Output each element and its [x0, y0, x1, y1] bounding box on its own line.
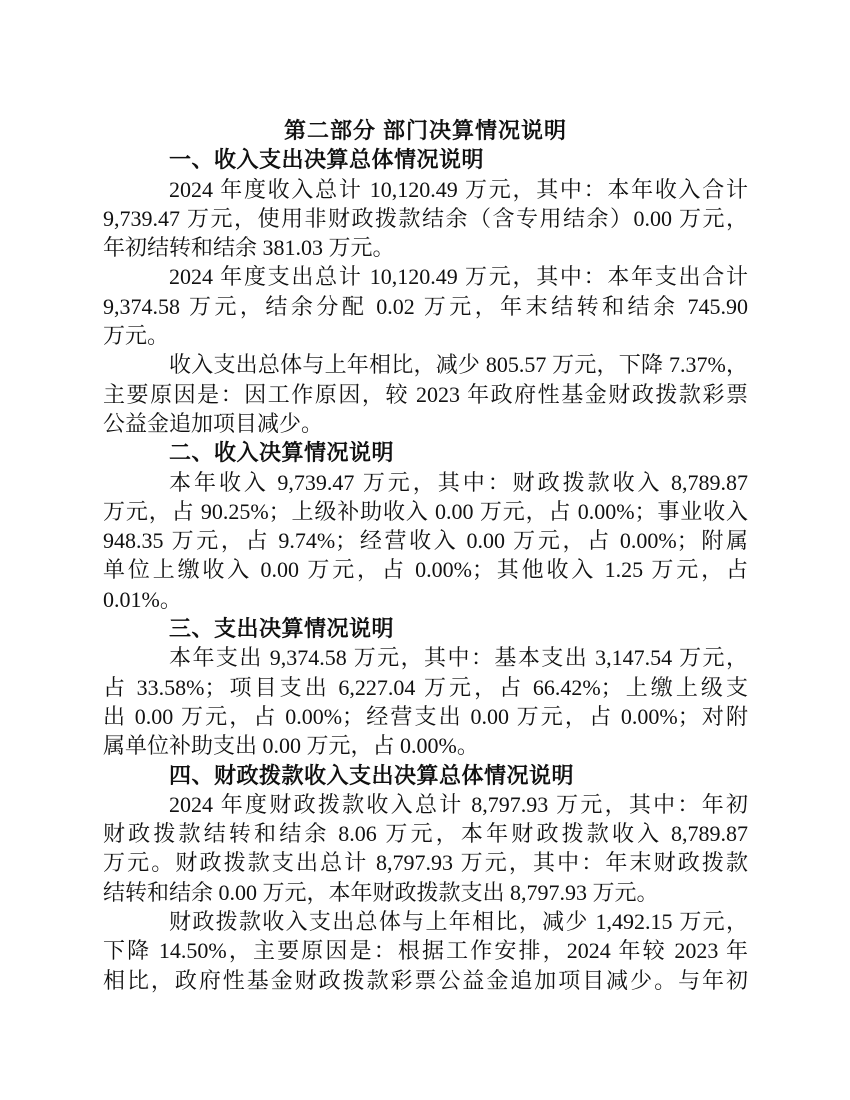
document-content: 第二部分 部门决算情况说明 一、收入支出决算总体情况说明2024 年度收入总计 … — [103, 116, 748, 995]
text-line: 0.01%。 — [103, 585, 748, 614]
section-heading: 三、支出决算情况说明 — [103, 614, 748, 643]
text-line: 出 0.00 万元，占 0.00%；经营支出 0.00 万元，占 0.00%；对… — [103, 702, 748, 731]
text-line: 收入支出总体与上年相比，减少 805.57 万元，下降 7.37%， — [103, 350, 748, 379]
document-page: 第二部分 部门决算情况说明 一、收入支出决算总体情况说明2024 年度收入总计 … — [0, 0, 850, 1100]
paragraph: 2024 年度收入总计 10,120.49 万元，其中：本年收入合计9,739.… — [103, 175, 748, 263]
text-line: 年初结转和结余 381.03 万元。 — [103, 233, 748, 262]
text-line: 下降 14.50%，主要原因是：根据工作安排，2024 年较 2023 年 — [103, 936, 748, 965]
paragraph: 2024 年度支出总计 10,120.49 万元，其中：本年支出合计9,374.… — [103, 262, 748, 350]
paragraph: 2024 年度财政拨款收入总计 8,797.93 万元，其中：年初财政拨款结转和… — [103, 790, 748, 907]
text-line: 财政拨款结转和结余 8.06 万元，本年财政拨款收入 8,789.87 — [103, 819, 748, 848]
text-line: 公益金追加项目减少。 — [103, 409, 748, 438]
text-line: 万元，占 90.25%；上级补助收入 0.00 万元，占 0.00%；事业收入 — [103, 497, 748, 526]
text-line: 占 33.58%；项目支出 6,227.04 万元，占 66.42%；上缴上级支 — [103, 673, 748, 702]
paragraph: 收入支出总体与上年相比，减少 805.57 万元，下降 7.37%，主要原因是：… — [103, 350, 748, 438]
section-heading: 一、收入支出决算总体情况说明 — [103, 145, 748, 174]
section-heading: 四、财政拨款收入支出决算总体情况说明 — [103, 761, 748, 790]
text-line: 万元。财政拨款支出总计 8,797.93 万元，其中：年末财政拨款 — [103, 848, 748, 877]
paragraph: 财政拨款收入支出总体与上年相比，减少 1,492.15 万元，下降 14.50%… — [103, 907, 748, 995]
text-line: 2024 年度支出总计 10,120.49 万元，其中：本年支出合计 — [103, 262, 748, 291]
text-line: 948.35 万元，占 9.74%；经营收入 0.00 万元，占 0.00%；附… — [103, 526, 748, 555]
document-title: 第二部分 部门决算情况说明 — [103, 116, 748, 145]
text-line: 2024 年度收入总计 10,120.49 万元，其中：本年收入合计 — [103, 175, 748, 204]
text-line: 2024 年度财政拨款收入总计 8,797.93 万元，其中：年初 — [103, 790, 748, 819]
text-line: 主要原因是：因工作原因，较 2023 年政府性基金财政拨款彩票 — [103, 380, 748, 409]
text-line: 属单位补助支出 0.00 万元，占 0.00%。 — [103, 731, 748, 760]
text-line: 9,374.58 万元，结余分配 0.02 万元，年末结转和结余 745.90 — [103, 292, 748, 321]
paragraph: 本年支出 9,374.58 万元，其中：基本支出 3,147.54 万元，占 3… — [103, 643, 748, 760]
text-line: 结转和结余 0.00 万元，本年财政拨款支出 8,797.93 万元。 — [103, 878, 748, 907]
text-line: 9,739.47 万元，使用非财政拨款结余（含专用结余）0.00 万元， — [103, 204, 748, 233]
paragraph: 本年收入 9,739.47 万元，其中：财政拨款收入 8,789.87万元，占 … — [103, 468, 748, 614]
text-line: 相比，政府性基金财政拨款彩票公益金追加项目减少。与年初 — [103, 966, 748, 995]
text-line: 万元。 — [103, 321, 748, 350]
text-line: 财政拨款收入支出总体与上年相比，减少 1,492.15 万元， — [103, 907, 748, 936]
text-line: 本年支出 9,374.58 万元，其中：基本支出 3,147.54 万元， — [103, 643, 748, 672]
text-line: 单位上缴收入 0.00 万元，占 0.00%；其他收入 1.25 万元，占 — [103, 555, 748, 584]
section-heading: 二、收入决算情况说明 — [103, 438, 748, 467]
text-line: 本年收入 9,739.47 万元，其中：财政拨款收入 8,789.87 — [103, 468, 748, 497]
